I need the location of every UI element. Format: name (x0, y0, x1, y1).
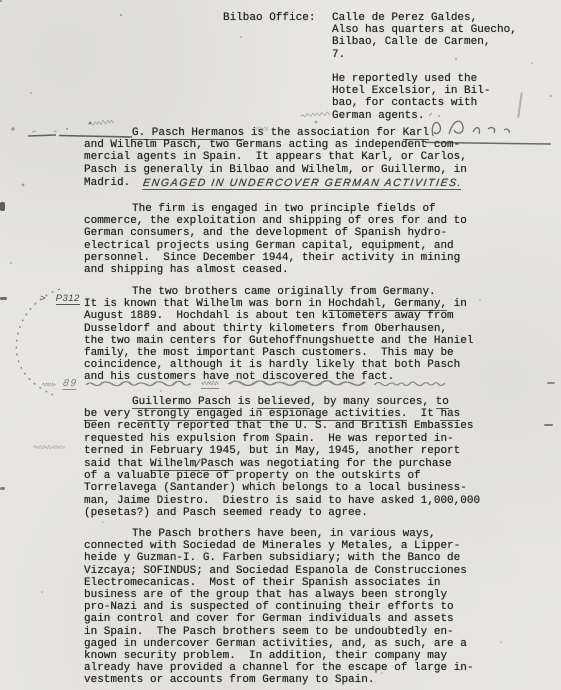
pencil-mark (0, 202, 5, 211)
typed-line: coincidence, although it is hardly likel… (84, 359, 494, 371)
typed-line: requested his expulsion from Spain. He w… (84, 433, 494, 445)
address-line: Also has quarters at Guecho, (332, 24, 517, 36)
illegible-scribble (51, 443, 65, 451)
typed-line: pro-Nazi and is suspected of continuing … (84, 601, 494, 613)
paragraph: The firm is engaged in two principle fie… (84, 203, 494, 276)
typed-line: vestments or accounts from Germany to Sp… (84, 674, 494, 686)
typed-line: The firm is engaged in two principle fie… (84, 203, 494, 215)
typed-line: mercial agents in Spain. It appears that… (84, 151, 494, 163)
illegible-scribble (373, 379, 445, 389)
address-line: Calle de Perez Galdes, (332, 12, 517, 24)
typed-line: heide y Guzman-I. G. Farben subsidiary; … (84, 552, 494, 564)
karl-illegible-scrawl (425, 112, 555, 146)
typed-line: connected with Sociedad de Minerales y M… (84, 540, 494, 552)
typed-line: The Pasch brothers have been, in various… (84, 528, 494, 540)
typed-line: been recently reported that the U. S. an… (84, 420, 494, 432)
typed-line: gaged in undercover German activities, a… (84, 638, 494, 650)
typed-line: commerce, the exploitation and shipping … (84, 215, 494, 227)
address-lines: Calle de Perez Galdes,Also has quarters … (332, 12, 517, 61)
pencil-mark (547, 382, 555, 384)
typed-line: electrical projects using German capital… (84, 240, 494, 252)
paragraph: The two brothers came originally from Ge… (84, 286, 494, 384)
handwritten-note: ENGAGED IN UNDERCOVER GERMAN ACTIVITIES. (142, 177, 463, 190)
interlinear-number: 89 (62, 378, 78, 390)
pencil-lead-in-line (26, 130, 136, 142)
address-column: Calle de Perez Galdes,Also has quarters … (332, 12, 517, 122)
illegible-scribble (42, 380, 56, 389)
illegible-scribble (226, 377, 366, 389)
typed-line: It is known that Wilhelm was born in Hoc… (84, 298, 494, 310)
typed-line: said that Wilhelm/Pasch was negotiating … (84, 457, 494, 470)
typed-line: be very strongly engaged in espionage ac… (84, 408, 494, 420)
illegible-scribble (84, 378, 194, 389)
address-spacer (332, 61, 517, 73)
typed-line: in Spain. The Pasch brothers seem to be … (84, 626, 494, 638)
typed-line: August 1889. Hochdahl is about ten kilom… (84, 310, 494, 322)
typed-line: and shipping has almost ceased. (84, 264, 494, 276)
typed-line: personnel. Since December 1944, their ac… (84, 252, 494, 264)
typed-line: Electromecanicas. Most of their Spanish … (84, 577, 494, 589)
typed-line: Torrelavega (Santander) which belongs to… (84, 482, 494, 494)
typed-line: the two main centers for Gutehoffnungshu… (84, 335, 494, 347)
pencil-mark (544, 424, 553, 426)
address-label: Bilbao Office: (223, 12, 332, 122)
address-line: Bilbao, Calle de Carmen, (332, 36, 517, 48)
typed-line: Vizcaya; SOFINDUS; and Sociedad Espanola… (84, 565, 494, 577)
scanned-document-page: Bilbao Office: Calle de Perez Galdes,Als… (0, 0, 561, 690)
pencil-mark (0, 487, 5, 490)
typed-line: Dusseldorf and about thirty kilometers f… (84, 323, 494, 335)
typed-line: business are of the group that has alway… (84, 589, 494, 601)
typed-line: terned in February 1945, but in May, 194… (84, 445, 494, 457)
address-line: 7. (332, 49, 517, 61)
scan-noise-specks (0, 0, 2, 2)
typed-line: Madrid. ENGAGED IN UNDERCOVER GERMAN ACT… (84, 176, 494, 189)
typed-line: already have provided a channel for the … (84, 662, 494, 674)
interlinear-scrawl-line: 89 (42, 377, 445, 389)
margin-smudge (33, 438, 65, 456)
pencil-mark (0, 297, 7, 300)
note-line: Hotel Excelsior, in Bil- (332, 85, 517, 97)
typed-line: Pasch is generally in Bilbao and Wilhelm… (84, 164, 494, 176)
typed-line: gain control and cover for German indivi… (84, 613, 494, 625)
note-line: He reportedly used the (332, 73, 517, 85)
typed-line: German consumers, and the development of… (84, 227, 494, 239)
paragraph: Guillermo Pasch is believed, by many sou… (84, 396, 494, 519)
typed-line: Guillermo Pasch is believed, by many sou… (84, 396, 494, 408)
illegible-scribble (33, 443, 51, 451)
typed-line: (pesetas?) and Pasch seemed ready to agr… (84, 507, 494, 519)
typed-line: known security problem. In addition, the… (84, 650, 494, 662)
typed-line: of a valuable piece of property on the o… (84, 470, 494, 482)
address-block: Bilbao Office: Calle de Perez Galdes,Als… (223, 12, 517, 122)
typed-line: The two brothers came originally from Ge… (84, 286, 494, 298)
typed-line: family, the most important Pasch custome… (84, 347, 494, 359)
illegible-scribble (255, 124, 269, 134)
typed-line: man, Jaime Diestro. Diestro is said to h… (84, 495, 494, 507)
paragraph: The Pasch brothers have been, in various… (84, 528, 494, 687)
note-line: bao, for contacts with (332, 97, 517, 109)
illegible-scribble (201, 378, 219, 389)
